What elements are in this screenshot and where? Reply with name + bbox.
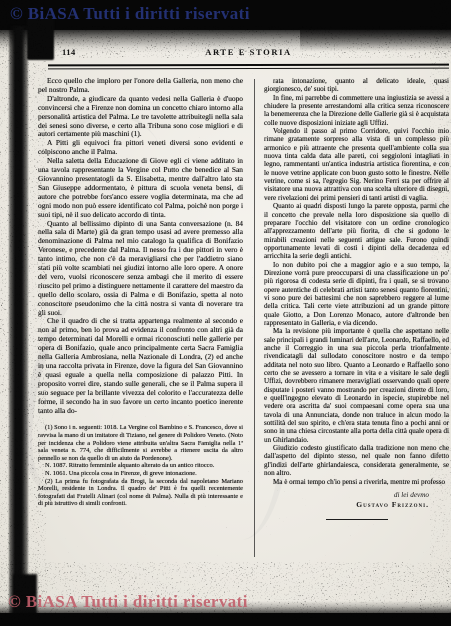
- paragraph: D'altronde, a giudicare da quanto vedesi…: [38, 95, 243, 140]
- paragraph: Quanto ai quadri disposti lungo la paret…: [264, 202, 449, 260]
- footnote: N. 1061. Una piccola cosa in Firenze, di…: [38, 470, 243, 478]
- footnote: N. 1087. Ritratto femminile alquanto alt…: [38, 462, 243, 470]
- header-double-rule: [48, 64, 449, 70]
- paragraph: Quanto al bellissimo dipinto di una Sant…: [38, 220, 243, 318]
- valediction: di lei devmo: [264, 491, 429, 500]
- paragraph: Che il quadro di che si tratta apparteng…: [38, 317, 243, 415]
- copyright-watermark-top: © BiASA Tutti i diritti riservati: [10, 4, 250, 24]
- scanner-bottom-band: [0, 613, 451, 626]
- copyright-watermark-bottom: © BiASA Tutti i diritti riservati: [8, 592, 248, 612]
- column-divider-rule: [254, 79, 255, 557]
- paragraph: Io non dubito poi che a maggior agio e a…: [264, 261, 449, 328]
- scanned-journal-page: © BiASA Tutti i diritti riservati © BiAS…: [0, 0, 451, 626]
- text-block: Ecco quello che imploro per l'onore dell…: [38, 77, 449, 612]
- running-header: 114 ARTE E STORIA: [48, 47, 449, 60]
- footnote: (2) La prima fu fotografata da Brogi, la…: [38, 478, 243, 508]
- paragraph: rata intonazione, quanto al delicato ide…: [264, 77, 449, 94]
- paragraph: Ma la revisione più importante è quella …: [264, 327, 449, 444]
- paragraph: Giudizio codesto giustificato dalla trad…: [264, 444, 449, 477]
- signature-block: di lei devmo Gustavo Frizzoni.: [264, 491, 449, 510]
- footnote: (1) Sono i n. seguenti: 1018. La Vergine…: [38, 424, 243, 462]
- journal-title: ARTE E STORIA: [48, 47, 449, 57]
- paragraph: Ma è ormai tempo ch'io pensi a riverirla…: [264, 478, 449, 486]
- paragraph: A Pitti gli equivoci fra pittori veneti …: [38, 139, 243, 157]
- paragraph: Ecco quello che imploro per l'onore dell…: [38, 77, 243, 95]
- book-binding-shadow: [9, 26, 28, 626]
- paragraph: Volgendo il passo al primo Corridore, qu…: [264, 127, 449, 202]
- end-rule: [326, 519, 388, 520]
- paragraph: In fine, mi parrebbe di commettere una i…: [264, 94, 449, 127]
- paragraph: Nella saletta della Educazione di Giove …: [38, 157, 243, 219]
- right-column: rata intonazione, quanto al delicato ide…: [264, 77, 449, 520]
- left-column: Ecco quello che imploro per l'onore dell…: [38, 77, 243, 508]
- author-signature: Gustavo Frizzoni.: [264, 500, 429, 510]
- footnotes: (1) Sono i n. seguenti: 1018. La Vergine…: [38, 424, 243, 508]
